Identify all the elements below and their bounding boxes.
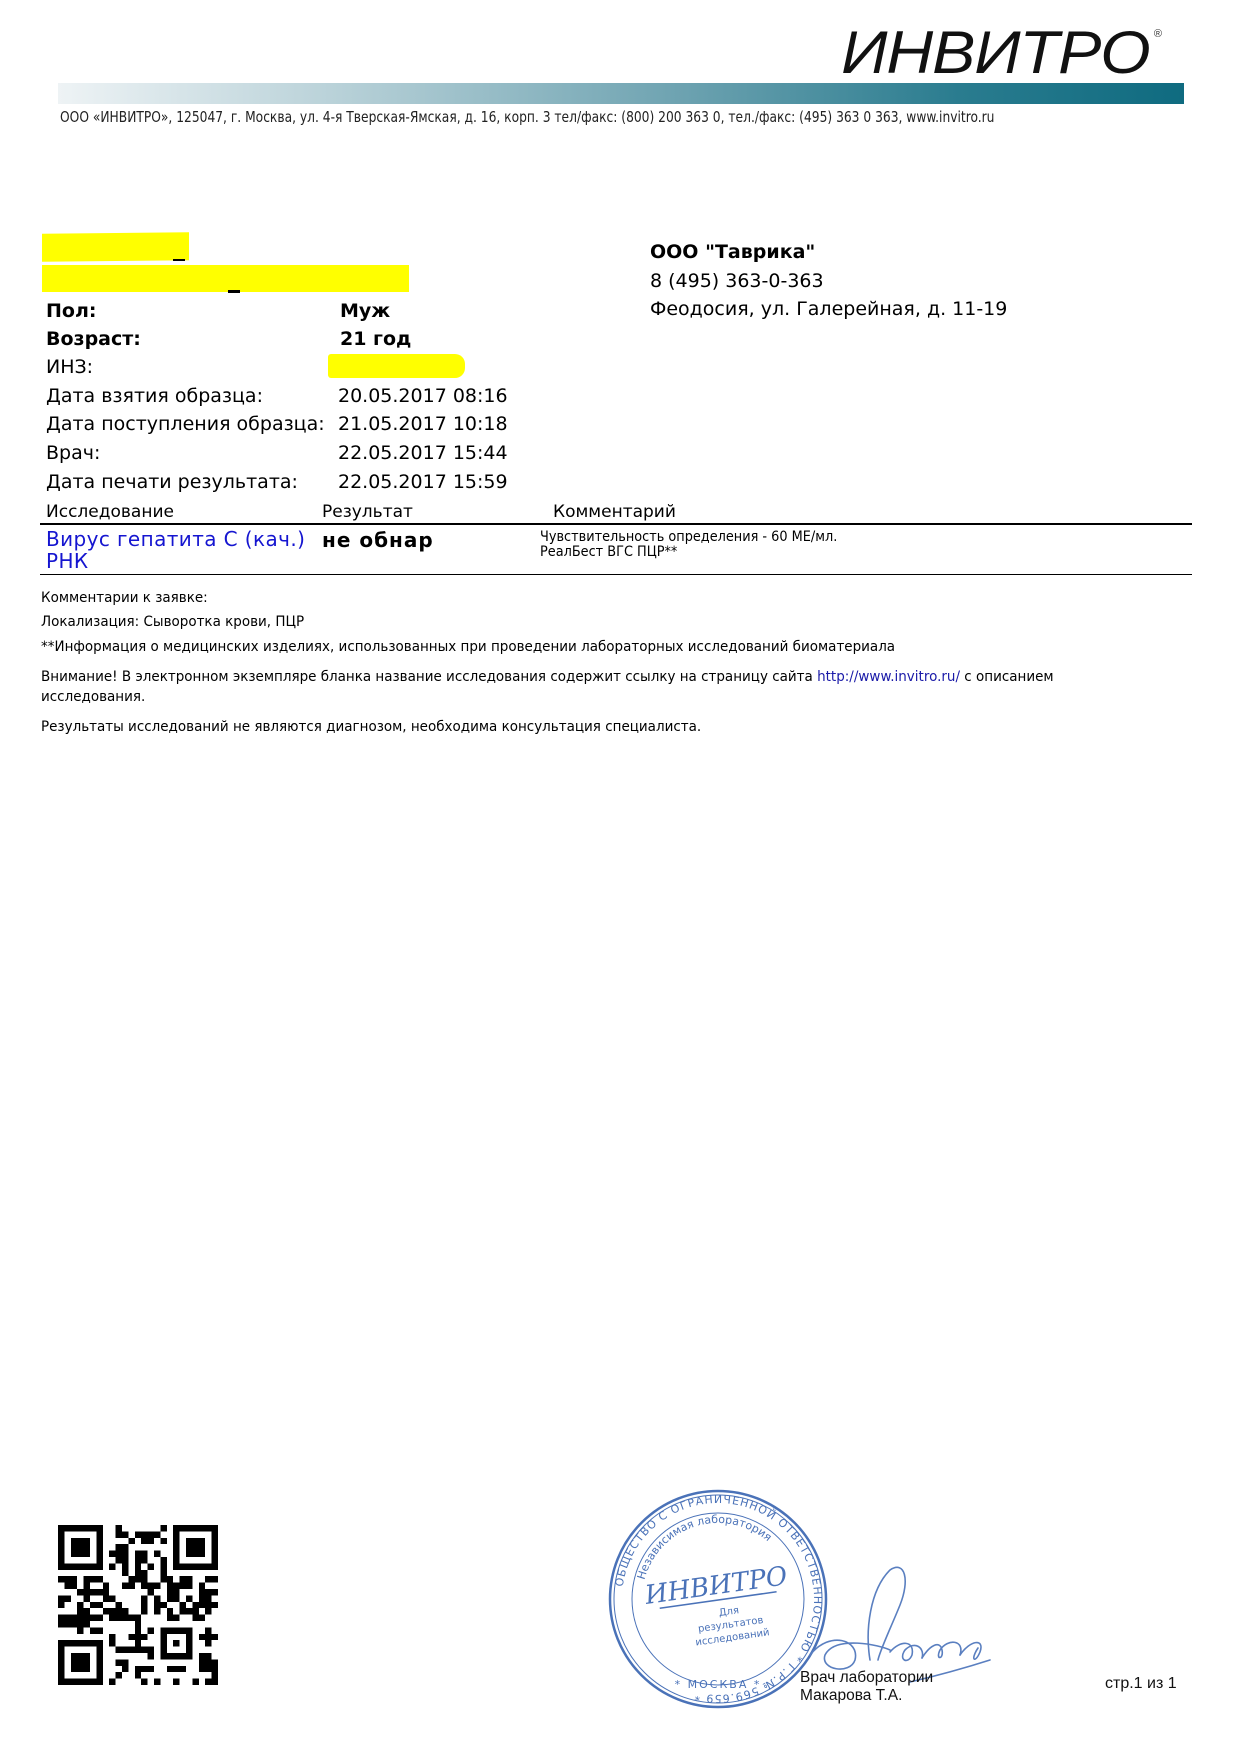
- test-result: не обнар: [322, 528, 434, 552]
- lab-office-phone: 8 (495) 363-0-363: [650, 270, 824, 292]
- attention-suffix: с описанием: [960, 669, 1054, 685]
- redacted-inz-value: [328, 354, 465, 378]
- sex-label: Пол:: [46, 300, 96, 322]
- sample-received-label: Дата поступления образца:: [46, 413, 325, 435]
- attention-note-line2: исследования.: [41, 689, 145, 705]
- order-comments-label: Комментарии к заявке:: [41, 590, 208, 606]
- qr-code: [58, 1525, 218, 1685]
- redaction-artifact: [173, 259, 185, 261]
- sex-value: Муж: [340, 300, 390, 322]
- table-bottom-rule: [40, 574, 1192, 575]
- sample-taken-value: 20.05.2017 08:16: [338, 385, 508, 407]
- attention-note: Внимание! В электронном экземпляре бланк…: [41, 669, 1054, 685]
- test-name-line1: Вирус гепатита С (кач.): [46, 528, 305, 550]
- column-header-test: Исследование: [46, 502, 174, 522]
- doctor-value: 22.05.2017 15:44: [338, 442, 508, 464]
- redacted-patient-name: [42, 232, 189, 262]
- print-date-value: 22.05.2017 15:59: [338, 471, 508, 493]
- redacted-patient-details: [42, 265, 409, 292]
- sample-received-value: 21.05.2017 10:18: [338, 413, 508, 435]
- registered-mark: ®: [1154, 28, 1162, 40]
- age-value: 21 год: [340, 328, 411, 350]
- table-header-rule: [40, 523, 1192, 525]
- lab-office-address: Феодосия, ул. Галерейная, д. 11-19: [650, 298, 1007, 320]
- sample-taken-label: Дата взятия образца:: [46, 385, 263, 407]
- invitro-logo: ИНВИТРО: [842, 18, 1150, 87]
- doctor-label: Врач:: [46, 442, 100, 464]
- header-gradient-bar: [58, 83, 1184, 104]
- test-comment-line2: РеалБест ВГС ПЦР**: [540, 545, 677, 560]
- stamp-city: * МОСКВА *: [675, 1678, 762, 1691]
- disclaimer-note: Результаты исследований не являются диаг…: [41, 719, 701, 735]
- stamp-brand: ИНВИТРО: [642, 1561, 789, 1611]
- table-row: Вирус гепатита С (кач.) РНК не обнар Чув…: [46, 528, 1192, 572]
- inz-label: ИНЗ:: [46, 356, 93, 378]
- page-number: стр.1 из 1: [1105, 1675, 1177, 1693]
- invitro-site-link[interactable]: http://www.invitro.ru/: [817, 669, 960, 685]
- company-info-line: ООО «ИНВИТРО», 125047, г. Москва, ул. 4-…: [60, 108, 994, 126]
- attention-text: Внимание! В электронном экземпляре бланк…: [41, 669, 817, 685]
- test-comment-line1: Чувствительность определения - 60 МЕ/мл.: [540, 530, 837, 545]
- test-name-link[interactable]: Вирус гепатита С (кач.) РНК: [46, 528, 305, 572]
- doctor-title: Врач лаборатории: [800, 1669, 933, 1687]
- lab-stamp: ОБЩЕСТВО С ОГРАНИЧЕННОЙ ОТВЕТСТВЕННОСТЬЮ…: [607, 1488, 829, 1710]
- print-date-label: Дата печати результата:: [46, 471, 298, 493]
- redaction-artifact: [228, 290, 240, 293]
- column-header-result: Результат: [322, 502, 413, 522]
- lab-office-name: ООО "Таврика": [650, 241, 815, 263]
- test-name-line2: РНК: [46, 550, 305, 572]
- localization-note: Локализация: Сыворотка крови, ПЦР: [41, 614, 304, 630]
- column-header-comment: Комментарий: [553, 502, 676, 522]
- devices-info-note: **Информация о медицинских изделиях, исп…: [41, 639, 895, 655]
- doctor-name: Макарова Т.А.: [800, 1687, 902, 1705]
- age-label: Возраст:: [46, 328, 141, 350]
- stamp-sub1: Для: [718, 1605, 740, 1619]
